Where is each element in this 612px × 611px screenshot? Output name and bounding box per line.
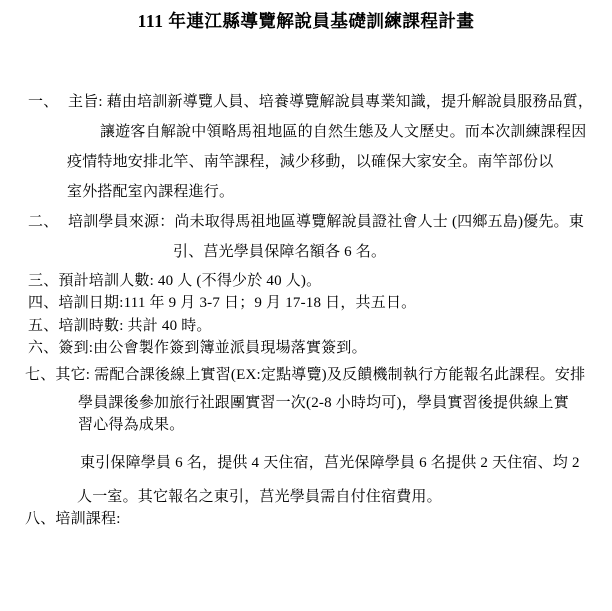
section7-text1: 七、其它: 需配合課後線上實習(EX:定點導覽)及反饋機制執行方能報名此課程。安…: [25, 367, 585, 383]
section2-line2: 引、莒光學員保障名額各 6 名。: [173, 243, 386, 262]
section3-line1: 三、預計培訓人數: 40 人 (不得少於 40 人)。: [28, 272, 321, 291]
section8-line1: 八、培訓課程:: [25, 510, 121, 529]
section4-text1: 四、培訓日期:111 年 9 月 3-7 日；9 月 17-18 日，共五日。: [28, 295, 416, 311]
section5-text1: 五、培訓時數: 共計 40 時。: [28, 318, 212, 334]
section7-text4: 東引保障學員 6 名，提供 4 天住宿，莒光保障學員 6 名提供 2 天住宿、均…: [80, 455, 580, 471]
list-marker-2: 二、: [28, 213, 68, 232]
section1-text4: 室外搭配室內課程進行。: [67, 184, 234, 200]
section2-text1: 培訓學員來源：尚未取得馬祖地區導覽解說員證社會人士 (四鄉五島)優先。東: [68, 214, 584, 230]
section7-text2: 學員課後參加旅行社跟團實習一次(2-8 小時均可)，學員實習後提供線上實: [78, 395, 569, 411]
section7-line1: 七、其它: 需配合課後線上實習(EX:定點導覽)及反饋機制執行方能報名此課程。安…: [25, 366, 585, 385]
section2-line1: 二、培訓學員來源：尚未取得馬祖地區導覽解說員證社會人士 (四鄉五島)優先。東: [28, 213, 584, 232]
section1-line4: 室外搭配室內課程進行。: [67, 183, 234, 202]
section5-line1: 五、培訓時數: 共計 40 時。: [28, 317, 212, 336]
section7-line2: 學員課後參加旅行社跟團實習一次(2-8 小時均可)，學員實習後提供線上實: [78, 394, 569, 413]
section3-text1: 三、預計培訓人數: 40 人 (不得少於 40 人)。: [28, 273, 321, 289]
section7-line5: 人一室。其它報名之東引，莒光學員需自付住宿費用。: [77, 488, 442, 507]
section4-line1: 四、培訓日期:111 年 9 月 3-7 日；9 月 17-18 日，共五日。: [28, 294, 416, 313]
section7-line4: 東引保障學員 6 名，提供 4 天住宿，莒光保障學員 6 名提供 2 天住宿、均…: [80, 454, 580, 473]
section8-text1: 八、培訓課程:: [25, 511, 121, 527]
section6-text1: 六、簽到:由公會製作簽到簿並派員現場落實簽到。: [28, 340, 367, 356]
section7-line3: 習心得為成果。: [78, 416, 184, 435]
section1-line3: 疫情特地安排北竿、南竿課程，減少移動，以確保大家安全。南竿部份以: [67, 153, 553, 172]
list-marker-1: 一、: [28, 93, 68, 112]
document-page: 111 年連江縣導覽解說員基礎訓練課程計畫 一、主旨: 藉由培訓新導覽人員、培養…: [0, 0, 612, 611]
section7-text3: 習心得為成果。: [78, 417, 184, 433]
section1-line1: 一、主旨: 藉由培訓新導覽人員、培養導覽解說員專業知識，提升解說員服務品質，: [28, 93, 593, 112]
section7-text5: 人一室。其它報名之東引，莒光學員需自付住宿費用。: [77, 489, 442, 505]
document-title: 111 年連江縣導覽解說員基礎訓練課程計畫: [0, 8, 612, 33]
section1-line2: 讓遊客自解說中領略馬祖地區的自然生態及人文歷史。而本次訓練課程因: [100, 123, 586, 142]
section2-text2: 引、莒光學員保障名額各 6 名。: [173, 244, 386, 260]
section1-text3: 疫情特地安排北竿、南竿課程，減少移動，以確保大家安全。南竿部份以: [67, 154, 553, 170]
section1-text2: 讓遊客自解說中領略馬祖地區的自然生態及人文歷史。而本次訓練課程因: [100, 124, 586, 140]
section1-text1: 主旨: 藉由培訓新導覽人員、培養導覽解說員專業知識，提升解說員服務品質，: [68, 94, 593, 110]
section6-line1: 六、簽到:由公會製作簽到簿並派員現場落實簽到。: [28, 339, 367, 358]
